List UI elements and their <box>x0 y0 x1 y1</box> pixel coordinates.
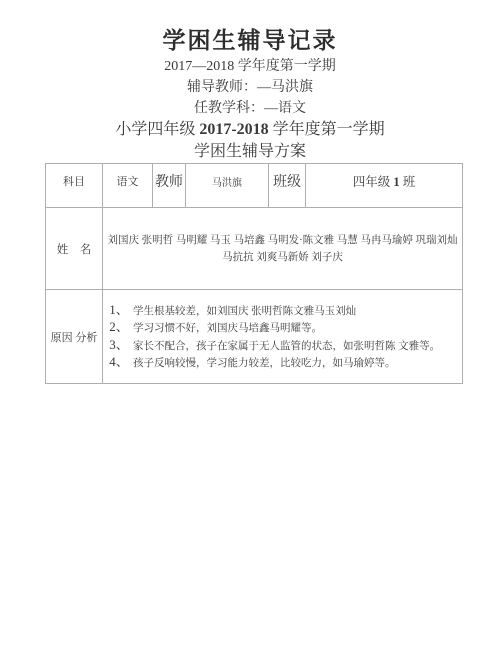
teacher-label-cell: 教师 <box>153 164 186 208</box>
analysis-item-2-number: 2、 <box>103 319 133 335</box>
term-line: 2017—2018 学年度第一学期 <box>0 56 500 77</box>
analysis-item-4-number: 4、 <box>103 354 133 370</box>
analysis-item-1: 1、 学生根基较差，如刘国庆 张明哲陈文雅马玉刘灿 <box>103 302 462 320</box>
subject-value-cell: 语文 <box>103 164 153 208</box>
analysis-item-3-number: 3、 <box>103 337 133 353</box>
analysis-item-2-text: 学习习惯不好，刘国庆马培鑫马明耀等。 <box>133 321 322 337</box>
tutoring-form-table: 科目 语文 教师 马洪旗 班级 四年级 1 班 姓 名 刘国庆 张明哲 马明耀 … <box>45 163 463 384</box>
analysis-label-cell: 原因 分析 <box>46 290 103 384</box>
analysis-item-4-text: 孩子反响较慢，学习能力较差，比较吃力，如马瑜婷等。 <box>133 356 396 372</box>
analysis-item-3-text: 家长不配合，孩子在家属于无人监管的状态，如张明哲陈 文雅等。 <box>133 339 440 355</box>
tutor-line: 辅导教师：—马洪旗 <box>0 77 500 98</box>
analysis-item-1-number: 1、 <box>103 302 133 318</box>
grade-term-suffix: 学年度第一学期 <box>269 121 385 138</box>
analysis-item-4: 4、 孩子反响较慢，学习能力较差，比较吃力，如马瑜婷等。 <box>103 354 462 372</box>
teacher-value-cell: 马洪旗 <box>186 164 269 208</box>
cause-analysis-row: 原因 分析 1、 学生根基较差，如刘国庆 张明哲陈文雅马玉刘灿 2、 学习习惯不… <box>46 290 463 384</box>
analysis-content-cell: 1、 学生根基较差，如刘国庆 张明哲陈文雅马玉刘灿 2、 学习习惯不好，刘国庆马… <box>103 290 463 384</box>
document-page: 学困生辅导记录 2017—2018 学年度第一学期 辅导教师：—马洪旗 任教学科… <box>0 0 500 672</box>
form-header-row: 科目 语文 教师 马洪旗 班级 四年级 1 班 <box>46 164 463 208</box>
class-value-prefix: 四年级 <box>353 175 394 189</box>
class-value-suffix: 班 <box>400 175 416 189</box>
document-title: 学困生辅导记录 <box>0 26 500 56</box>
plan-title: 学困生辅导方案 <box>0 141 500 163</box>
student-names-cell: 刘国庆 张明哲 马明耀 马玉 马培鑫 马明发·陈文雅 马慧 马冉马瑜婷 巩瑞刘灿… <box>103 208 463 290</box>
grade-term-prefix: 小学四年级 <box>115 121 199 138</box>
name-label-cell: 姓 名 <box>46 208 103 290</box>
analysis-item-1-text: 学生根基较差，如刘国庆 张明哲陈文雅马玉刘灿 <box>133 304 356 320</box>
class-value-cell: 四年级 1 班 <box>306 164 463 208</box>
student-names-line-2: 马抗抗 刘爽马新娇 刘子庆 <box>103 249 462 266</box>
analysis-item-3: 3、 家长不配合，孩子在家属于无人监管的状态，如张明哲陈 文雅等。 <box>103 337 462 355</box>
subject-line: 任教学科：—语文 <box>0 98 500 119</box>
grade-term-line: 小学四年级 2017-2018 学年度第一学期 <box>0 119 500 141</box>
student-names-row: 姓 名 刘国庆 张明哲 马明耀 马玉 马培鑫 马明发·陈文雅 马慧 马冉马瑜婷 … <box>46 208 463 290</box>
class-label-cell: 班级 <box>269 164 306 208</box>
grade-term-years-bold: 2017-2018 <box>199 121 268 138</box>
analysis-item-2: 2、 学习习惯不好，刘国庆马培鑫马明耀等。 <box>103 319 462 337</box>
student-names-line-1: 刘国庆 张明哲 马明耀 马玉 马培鑫 马明发·陈文雅 马慧 马冉马瑜婷 巩瑞刘灿 <box>103 232 462 249</box>
subject-label-cell: 科目 <box>46 164 103 208</box>
